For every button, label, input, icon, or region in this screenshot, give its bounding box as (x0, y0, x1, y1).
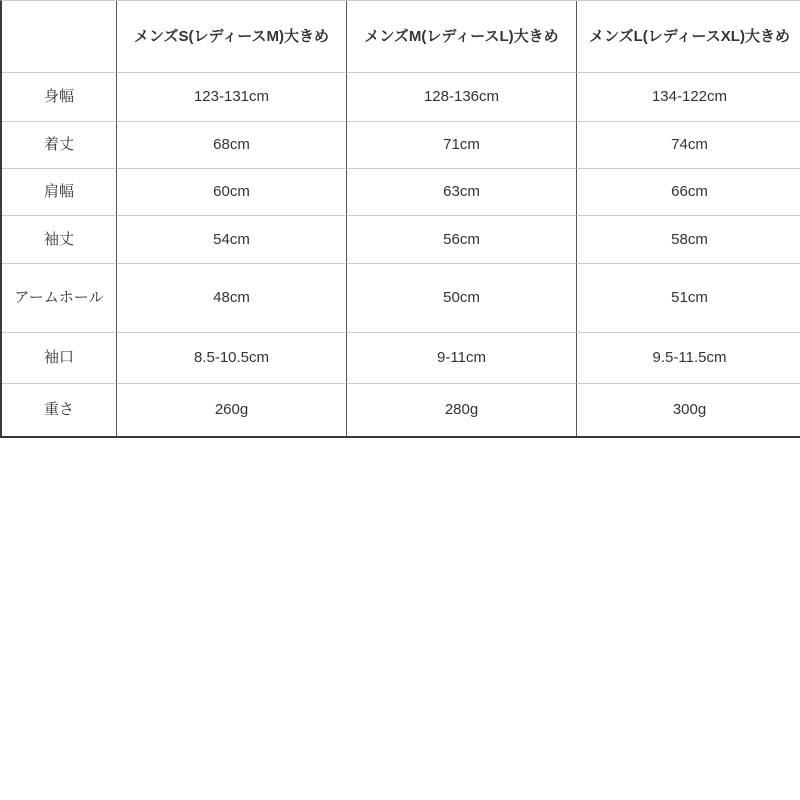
row-label: 身幅 (2, 73, 117, 122)
cell-value: 56cm (347, 216, 577, 264)
row-kitake: 着丈 68cm 71cm 74cm (2, 122, 800, 169)
row-label: 袖口 (2, 333, 117, 384)
cell-value: 134-122cm (577, 73, 800, 122)
cell-value: 51cm (577, 264, 800, 333)
row-sodeguchi: 袖口 8.5-10.5cm 9-11cm 9.5-11.5cm (2, 333, 800, 384)
size-chart-table: メンズS(レディースM)大きめ メンズM(レディースL)大きめ メンズL(レディ… (0, 0, 800, 438)
cell-value: 123-131cm (117, 73, 347, 122)
cell-value: 74cm (577, 122, 800, 169)
cell-value: 9.5-11.5cm (577, 333, 800, 384)
cell-value: 300g (577, 384, 800, 436)
cell-value: 260g (117, 384, 347, 436)
cell-value: 50cm (347, 264, 577, 333)
row-armhole: アームホール 48cm 50cm 51cm (2, 264, 800, 333)
row-sodetake: 袖丈 54cm 56cm 58cm (2, 216, 800, 264)
column-header-mens-l: メンズL(レディースXL)大きめ (577, 1, 800, 73)
cell-value: 58cm (577, 216, 800, 264)
column-header-mens-m: メンズM(レディースL)大きめ (347, 1, 577, 73)
cell-value: 71cm (347, 122, 577, 169)
cell-value: 9-11cm (347, 333, 577, 384)
row-label: 袖丈 (2, 216, 117, 264)
cell-value: 60cm (117, 169, 347, 216)
row-kataharaba: 肩幅 60cm 63cm 66cm (2, 169, 800, 216)
cell-value: 63cm (347, 169, 577, 216)
cell-value: 280g (347, 384, 577, 436)
corner-cell (2, 1, 117, 73)
row-label: 肩幅 (2, 169, 117, 216)
cell-value: 54cm (117, 216, 347, 264)
empty-area (0, 438, 800, 793)
cell-value: 128-136cm (347, 73, 577, 122)
cell-value: 48cm (117, 264, 347, 333)
column-header-mens-s: メンズS(レディースM)大きめ (117, 1, 347, 73)
size-chart-page: メンズS(レディースM)大きめ メンズM(レディースL)大きめ メンズL(レディ… (0, 0, 800, 800)
row-label: 着丈 (2, 122, 117, 169)
row-miharaba: 身幅 123-131cm 128-136cm 134-122cm (2, 73, 800, 122)
row-label: 重さ (2, 384, 117, 436)
cell-value: 66cm (577, 169, 800, 216)
row-label: アームホール (2, 264, 117, 333)
cell-value: 8.5-10.5cm (117, 333, 347, 384)
row-omosa: 重さ 260g 280g 300g (2, 384, 800, 436)
header-row: メンズS(レディースM)大きめ メンズM(レディースL)大きめ メンズL(レディ… (2, 1, 800, 73)
cell-value: 68cm (117, 122, 347, 169)
